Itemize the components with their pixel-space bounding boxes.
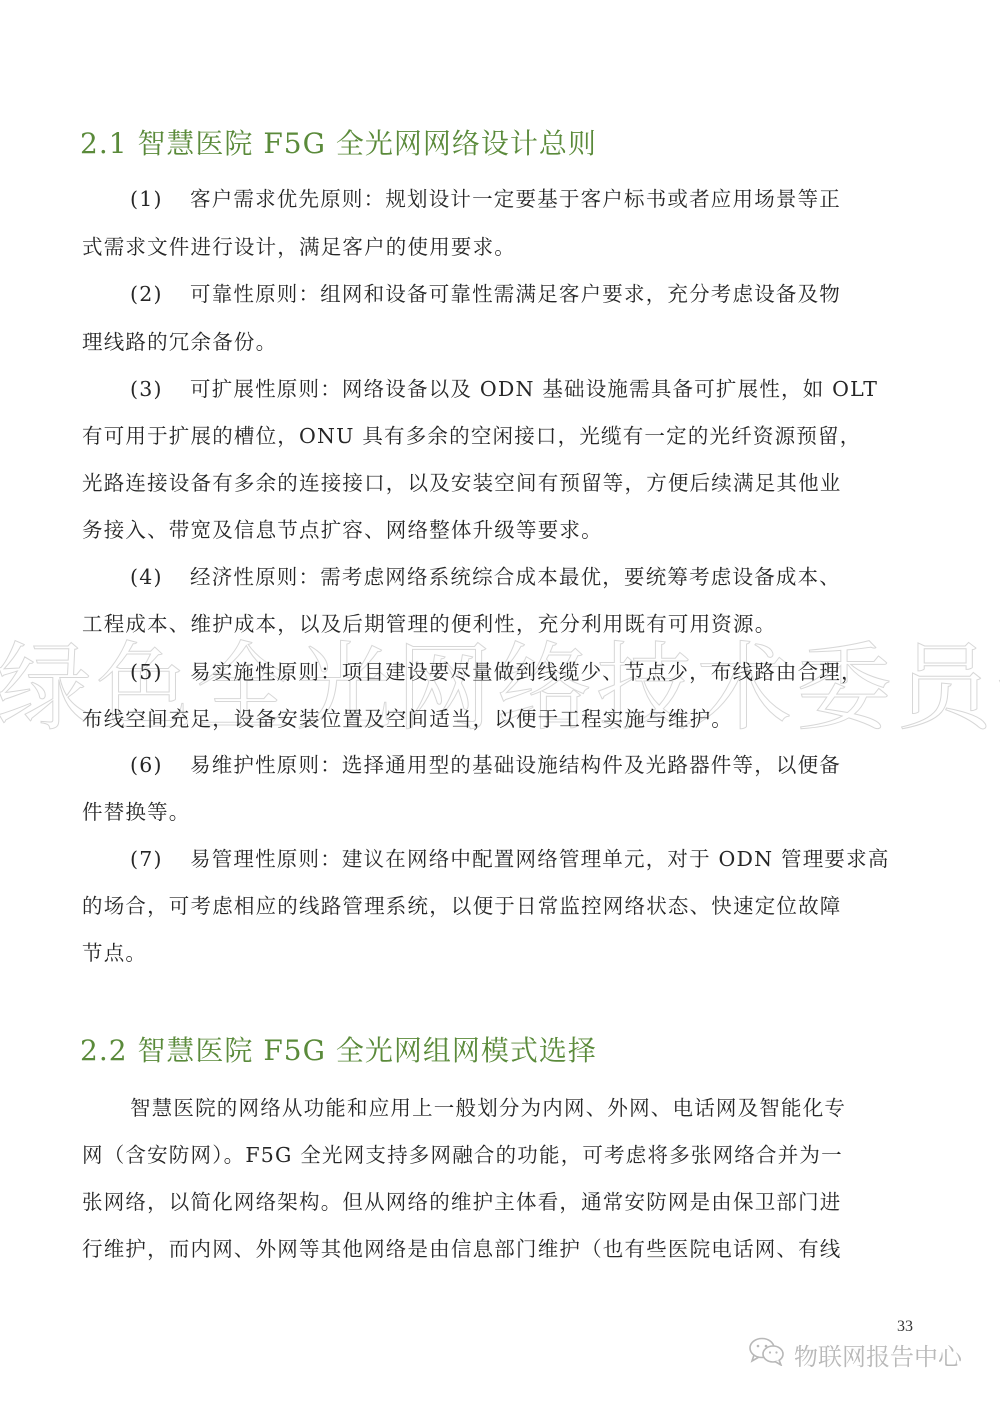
item-7-line-3: 节点。 <box>82 938 922 968</box>
item-text: 规划设计一定要基于客户标书或者应用场景等正 <box>385 187 841 211</box>
item-number: (6) <box>130 750 190 780</box>
document-page: 绿色全光网络技术委员会 2.1 智慧医院 F5G 全光网网络设计总则 (1)客户… <box>0 0 1000 1404</box>
item-text: 选择通用型的基础设施结构件及光路器件等，以便备 <box>342 753 841 777</box>
item-title: 可扩展性原则： <box>190 377 342 401</box>
page-number: 33 <box>897 1318 913 1336</box>
item-6-line-2: 件替换等。 <box>82 797 922 827</box>
item-1-line-2: 式需求文件进行设计，满足客户的使用要求。 <box>82 232 922 262</box>
item-3-line-4: 务接入、带宽及信息节点扩容、网络整体升级等要求。 <box>82 515 922 545</box>
item-7-line-1: (7)易管理性原则：建议在网络中配置网络管理单元，对于 ODN 管理要求高 <box>130 844 970 874</box>
item-title: 易实施性原则： <box>190 660 342 684</box>
item-7-line-2: 的场合，可考虑相应的线路管理系统，以便于日常监控网络状态、快速定位故障 <box>82 891 922 921</box>
item-1-line-1: (1)客户需求优先原则：规划设计一定要基于客户标书或者应用场景等正 <box>130 184 970 214</box>
item-number: (3) <box>130 374 190 404</box>
wechat-icon <box>748 1336 786 1372</box>
item-4-line-1: (4)经济性原则：需考虑网络系统综合成本最优，要统筹考虑设备成本、 <box>130 562 970 592</box>
item-3-line-3: 光路连接设备有多余的连接接口，以及安装空间有预留等，方便后续满足其他业 <box>82 468 922 498</box>
section-heading-2-2: 2.2 智慧医院 F5G 全光网组网模式选择 <box>80 1031 597 1071</box>
section-heading-2-1: 2.1 智慧医院 F5G 全光网网络设计总则 <box>80 124 597 164</box>
item-5-line-1: (5)易实施性原则：项目建设要尽量做到线缆少、节点少，布线路由合理， <box>130 657 970 687</box>
item-text: 网络设备以及 ODN 基础设施需具备可扩展性，如 OLT <box>342 377 878 401</box>
item-2-line-1: (2)可靠性原则：组网和设备可靠性需满足客户要求，充分考虑设备及物 <box>130 279 970 309</box>
paragraph-line-4: 行维护，而内网、外网等其他网络是由信息部门维护（也有些医院电话网、有线 <box>82 1234 922 1264</box>
item-number: (7) <box>130 844 190 874</box>
item-5-line-2: 布线空间充足，设备安装位置及空间适当，以便于工程实施与维护。 <box>82 704 922 734</box>
item-number: (5) <box>130 657 190 687</box>
item-text: 建议在网络中配置网络管理单元，对于 ODN 管理要求高 <box>342 847 890 871</box>
item-number: (1) <box>130 184 190 214</box>
item-title: 可靠性原则： <box>190 282 320 306</box>
item-3-line-1: (3)可扩展性原则：网络设备以及 ODN 基础设施需具备可扩展性，如 OLT <box>130 374 970 404</box>
paragraph-line-1: 智慧医院的网络从功能和应用上一般划分为内网、外网、电话网及智能化专 <box>130 1093 970 1123</box>
item-number: (4) <box>130 562 190 592</box>
item-text: 需考虑网络系统综合成本最优，要统筹考虑设备成本、 <box>320 565 841 589</box>
item-title: 客户需求优先原则： <box>190 187 385 211</box>
item-text: 组网和设备可靠性需满足客户要求，充分考虑设备及物 <box>320 282 841 306</box>
item-title: 易管理性原则： <box>190 847 342 871</box>
item-6-line-1: (6)易维护性原则：选择通用型的基础设施结构件及光路器件等，以便备 <box>130 750 970 780</box>
item-3-line-2: 有可用于扩展的槽位，ONU 具有多余的空闲接口，光缆有一定的光纤资源预留， <box>82 421 922 451</box>
brand-text: 物联网报告中心 <box>794 1337 962 1372</box>
item-title: 易维护性原则： <box>190 753 342 777</box>
paragraph-line-2: 网（含安防网）。F5G 全光网支持多网融合的功能，可考虑将多张网络合并为一 <box>82 1140 922 1170</box>
item-text: 项目建设要尽量做到线缆少、节点少，布线路由合理， <box>342 660 863 684</box>
footer-brand: 物联网报告中心 <box>748 1336 962 1372</box>
item-title: 经济性原则： <box>190 565 320 589</box>
item-2-line-2: 理线路的冗余备份。 <box>82 327 922 357</box>
paragraph-line-3: 张网络，以简化网络架构。但从网络的维护主体看，通常安防网是由保卫部门进 <box>82 1187 922 1217</box>
item-number: (2) <box>130 279 190 309</box>
item-4-line-2: 工程成本、维护成本，以及后期管理的便利性，充分利用既有可用资源。 <box>82 609 922 639</box>
